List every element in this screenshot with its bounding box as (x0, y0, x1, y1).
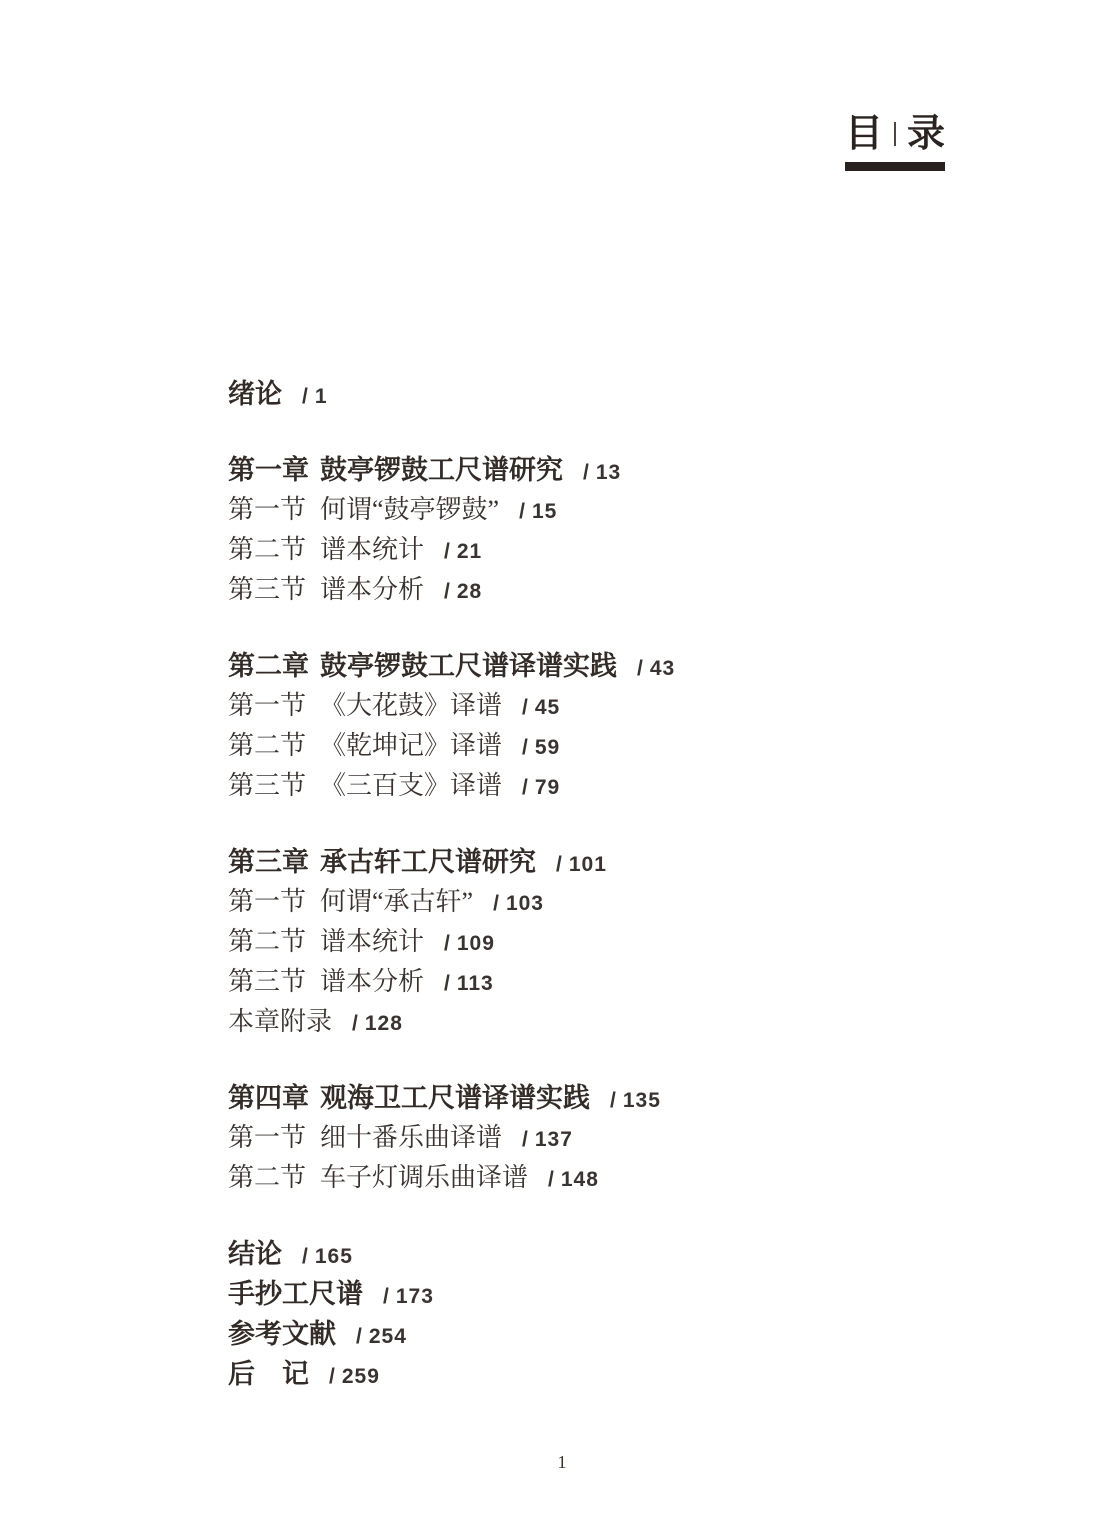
toc-entry-number: 第一节 (228, 882, 320, 922)
toc-entry-page: /113 (444, 964, 494, 1004)
toc-entry-label: 观海卫工尺谱译谱实践 (320, 1078, 590, 1118)
page-title: 目 录 (845, 110, 945, 158)
page-value: 15 (532, 500, 557, 523)
toc-entry-page: /165 (302, 1237, 353, 1277)
toc-group: 第四章观海卫工尺谱译谱实践/135第一节细十番乐曲译谱/137第二节车子灯调乐曲… (228, 1078, 948, 1198)
toc-group: 绪论/1 (228, 374, 948, 414)
page-value: 113 (457, 972, 494, 995)
toc-entry-page: /43 (637, 649, 675, 689)
toc-entry-number: 第三节 (228, 766, 320, 806)
page-value: 137 (535, 1128, 573, 1151)
toc-section-row: 第二节《乾坤记》译谱/59 (228, 726, 948, 766)
toc-entry-label: 谱本统计 (320, 530, 424, 570)
page-separator: / (329, 1365, 336, 1388)
toc-entry-page: /259 (329, 1357, 380, 1397)
toc-entry-page: /45 (522, 688, 560, 728)
page-value: 1 (315, 385, 328, 408)
toc-section-row: 第一节《大花鼓》译谱/45 (228, 686, 948, 726)
toc-entry-number: 第二节 (228, 1158, 320, 1198)
toc-entry-page: /109 (444, 924, 495, 964)
toc-section-row: 第二节谱本统计/21 (228, 530, 948, 570)
page-separator: / (356, 1325, 363, 1348)
toc-entry-label: 车子灯调乐曲译谱 (320, 1158, 528, 1198)
toc-entry-page: /28 (444, 572, 482, 612)
page-separator: / (383, 1285, 390, 1308)
toc-entry-number: 第一节 (228, 1118, 320, 1158)
toc-entry-page: /79 (522, 768, 560, 808)
toc-section-row: 第三节谱本分析/113 (228, 962, 948, 1002)
toc-section-row: 第一节何谓“鼓亭锣鼓”/15 (228, 490, 948, 530)
toc-entry-number: 第二章 (228, 646, 320, 686)
page-separator: / (548, 1168, 555, 1191)
toc-entry-label: 后 记 (228, 1354, 309, 1394)
page-separator: / (519, 500, 526, 523)
page-value: 103 (506, 892, 544, 915)
toc-section-row: 第三节《三百支》译谱/79 (228, 766, 948, 806)
toc-entry-label: 细十番乐曲译谱 (320, 1118, 502, 1158)
toc-entry-page: /137 (522, 1120, 573, 1160)
toc-section-row: 本章附录/128 (228, 1002, 948, 1042)
toc-chapter-row: 结论/165 (228, 1234, 948, 1274)
page-separator: / (583, 461, 590, 484)
toc-group: 第一章鼓亭锣鼓工尺谱研究/13第一节何谓“鼓亭锣鼓”/15第二节谱本统计/21第… (228, 450, 948, 610)
toc-entry-number: 第一节 (228, 686, 320, 726)
toc-entry-page: /148 (548, 1160, 599, 1200)
toc-group: 第三章承古轩工尺谱研究/101第一节何谓“承古轩”/103第二节谱本统计/109… (228, 842, 948, 1042)
page-separator: / (522, 776, 529, 799)
toc-entry-label: 谱本分析 (320, 570, 424, 610)
page-separator: / (522, 696, 529, 719)
toc-entry-number: 第三节 (228, 962, 320, 1002)
toc-entry-label: 鼓亭锣鼓工尺谱研究 (320, 450, 563, 490)
page-value: 45 (535, 696, 560, 719)
page-value: 21 (457, 540, 482, 563)
toc-entry-label: 鼓亭锣鼓工尺谱译谱实践 (320, 646, 617, 686)
page-value: 101 (569, 853, 607, 876)
toc-chapter-row: 绪论/1 (228, 374, 948, 414)
toc-entry-page: /128 (352, 1004, 403, 1044)
toc-chapter-row: 第四章观海卫工尺谱译谱实践/135 (228, 1078, 948, 1118)
toc-entry-page: /15 (519, 492, 557, 532)
toc-entry-number: 第四章 (228, 1078, 320, 1118)
page-separator: / (444, 972, 451, 995)
toc-entry-number: 第三节 (228, 570, 320, 610)
page-value: 173 (396, 1285, 434, 1308)
toc-entry-page: /135 (610, 1081, 661, 1121)
page-value: 259 (342, 1365, 380, 1388)
toc-entry-number: 第一章 (228, 450, 320, 490)
page-separator: / (444, 932, 451, 955)
toc-chapter-row: 第一章鼓亭锣鼓工尺谱研究/13 (228, 450, 948, 490)
toc-section-row: 第二节谱本统计/109 (228, 922, 948, 962)
toc-entry-label: 本章附录 (228, 1002, 332, 1042)
toc-list: 绪论/1第一章鼓亭锣鼓工尺谱研究/13第一节何谓“鼓亭锣鼓”/15第二节谱本统计… (228, 374, 948, 1430)
page-separator: / (302, 385, 309, 408)
toc-entry-label: 何谓“承古轩” (320, 882, 473, 922)
page-header: 目 录 (845, 110, 945, 171)
page-value: 109 (457, 932, 495, 955)
page-value: 128 (365, 1012, 403, 1035)
page-value: 43 (650, 657, 675, 680)
page-separator: / (522, 1128, 529, 1151)
toc-group: 结论/165手抄工尺谱/173参考文献/254后 记/259 (228, 1234, 948, 1394)
toc-group: 第二章鼓亭锣鼓工尺谱译谱实践/43第一节《大花鼓》译谱/45第二节《乾坤记》译谱… (228, 646, 948, 806)
toc-entry-label: 《大花鼓》译谱 (320, 686, 502, 726)
page-value: 59 (535, 736, 560, 759)
toc-entry-label: 《乾坤记》译谱 (320, 726, 502, 766)
toc-entry-label: 手抄工尺谱 (228, 1274, 363, 1314)
toc-entry-page: /103 (493, 884, 544, 924)
toc-entry-number: 第二节 (228, 530, 320, 570)
title-divider (894, 122, 896, 146)
toc-chapter-row: 后 记/259 (228, 1354, 948, 1394)
page-value: 28 (457, 580, 482, 603)
toc-entry-page: /21 (444, 532, 482, 572)
page-value: 13 (596, 461, 621, 484)
toc-entry-page: /59 (522, 728, 560, 768)
page-number: 1 (558, 1452, 567, 1472)
toc-entry-number: 第一节 (228, 490, 320, 530)
toc-entry-number: 第二节 (228, 726, 320, 766)
page-separator: / (352, 1012, 359, 1035)
title-char-right: 录 (907, 110, 945, 158)
page-separator: / (610, 1089, 617, 1112)
toc-entry-label: 谱本分析 (320, 962, 424, 1002)
toc-section-row: 第二节车子灯调乐曲译谱/148 (228, 1158, 948, 1198)
title-char-left: 目 (845, 110, 883, 158)
toc-chapter-row: 第三章承古轩工尺谱研究/101 (228, 842, 948, 882)
toc-entry-label: 承古轩工尺谱研究 (320, 842, 536, 882)
toc-entry-number: 第二节 (228, 922, 320, 962)
toc-entry-page: /254 (356, 1317, 407, 1357)
toc-page: 目 录 绪论/1第一章鼓亭锣鼓工尺谱研究/13第一节何谓“鼓亭锣鼓”/15第二节… (0, 0, 1100, 1538)
page-value: 135 (623, 1089, 661, 1112)
toc-section-row: 第一节细十番乐曲译谱/137 (228, 1118, 948, 1158)
page-value: 148 (561, 1168, 599, 1191)
page-separator: / (444, 580, 451, 603)
page-value: 254 (369, 1325, 407, 1348)
page-separator: / (522, 736, 529, 759)
toc-entry-page: /101 (556, 845, 607, 885)
toc-entry-page: /1 (302, 377, 328, 417)
page-value: 165 (315, 1245, 353, 1268)
page-separator: / (556, 853, 563, 876)
toc-entry-label: 《三百支》译谱 (320, 766, 502, 806)
page-footer: 1 (0, 1452, 1100, 1473)
toc-entry-label: 何谓“鼓亭锣鼓” (320, 490, 499, 530)
page-separator: / (637, 657, 644, 680)
toc-section-row: 第一节何谓“承古轩”/103 (228, 882, 948, 922)
toc-chapter-row: 参考文献/254 (228, 1314, 948, 1354)
toc-chapter-row: 手抄工尺谱/173 (228, 1274, 948, 1314)
page-separator: / (302, 1245, 309, 1268)
toc-entry-label: 结论 (228, 1234, 282, 1274)
toc-entry-number: 第三章 (228, 842, 320, 882)
title-underline-bar (845, 162, 945, 171)
page-separator: / (444, 540, 451, 563)
toc-chapter-row: 第二章鼓亭锣鼓工尺谱译谱实践/43 (228, 646, 948, 686)
toc-entry-page: /13 (583, 453, 621, 493)
toc-entry-label: 参考文献 (228, 1314, 336, 1354)
toc-entry-label: 谱本统计 (320, 922, 424, 962)
page-value: 79 (535, 776, 560, 799)
toc-section-row: 第三节谱本分析/28 (228, 570, 948, 610)
toc-entry-page: /173 (383, 1277, 434, 1317)
toc-entry-label: 绪论 (228, 374, 282, 414)
page-separator: / (493, 892, 500, 915)
